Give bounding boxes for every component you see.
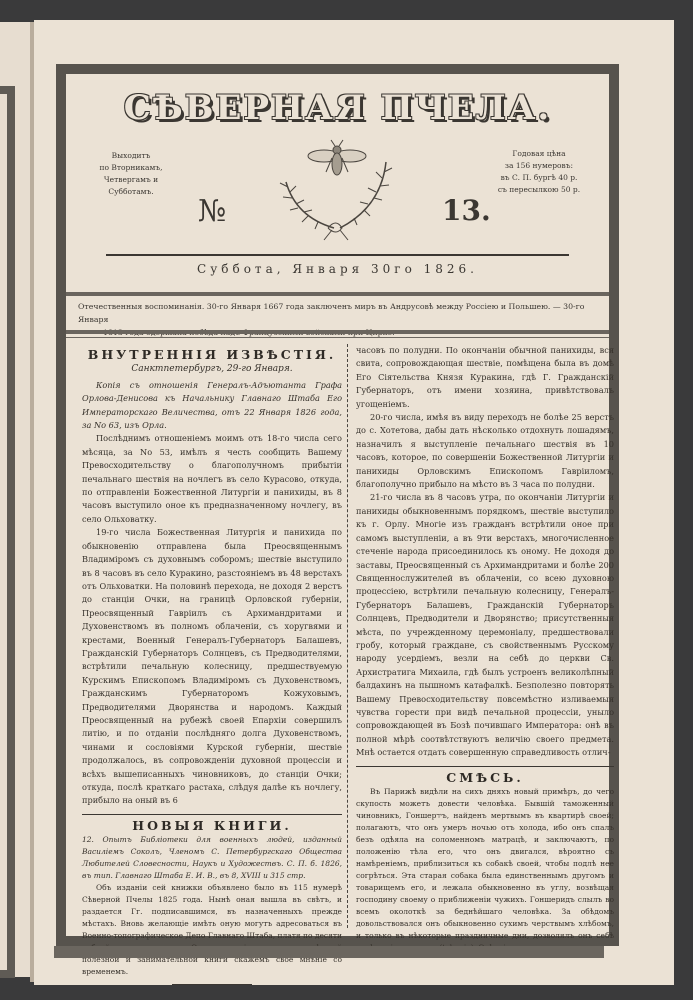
section-title-internal-news: ВНУТРЕННІЯ ИЗВѢСТІЯ. <box>82 348 342 361</box>
schedule-line: Выходитъ <box>86 150 176 162</box>
divider <box>82 814 342 815</box>
masthead-title: СѢВЕРНАЯ ПЧЕЛА. <box>76 88 599 128</box>
article-paragraph: 21-го числа въ 8 часовъ утра, по окончан… <box>356 491 614 759</box>
book-entry: 12. Опытъ Библіотеки для военныхъ людей,… <box>82 834 342 882</box>
price-line: съ пересылкою 50 р. <box>489 184 589 196</box>
dateline: Санктпетербургъ, 29-го Января. <box>82 363 342 376</box>
previous-page-edge <box>0 22 32 977</box>
price-line: за 156 нумеровъ: <box>489 160 589 172</box>
divider <box>66 292 609 296</box>
schedule-line: Четвергамъ и <box>86 174 176 186</box>
bee-wreath-icon <box>266 132 406 242</box>
page-frame: СѢВЕРНАЯ ПЧЕЛА. Выходитъ по Вторникамъ, … <box>56 64 619 946</box>
masthead-rule <box>106 254 569 256</box>
article-paragraph: 19-го числа Божественная Литургія и пани… <box>82 526 342 808</box>
previous-page-frame <box>0 86 15 978</box>
column-divider <box>347 344 348 928</box>
divider <box>356 766 614 767</box>
end-rule <box>172 984 252 985</box>
frame-bottom-band <box>54 946 604 958</box>
article-paragraph: часовъ по полудни. По окончаніи обычной … <box>356 344 614 411</box>
subscription-price: Годовая цѣна за 156 нумеровъ: въ С. П. б… <box>489 148 589 196</box>
price-line: Годовая цѣна <box>489 148 589 160</box>
article-paragraph: Послѣднимъ отношеніемъ моимъ отъ 18-го ч… <box>82 432 342 526</box>
price-line: въ С. П. бургѣ 40 р. <box>489 172 589 184</box>
book-paragraph: Объ изданіи сей книжки объявлено было въ… <box>82 882 342 978</box>
article-paragraph: 20-го числа, имѣя въ виду переходъ не бо… <box>356 411 614 491</box>
divider <box>66 337 609 338</box>
report-intro: Копія съ отношенія Генералъ-Адъютанта Гр… <box>82 379 342 433</box>
issue-number: 13. <box>442 194 491 227</box>
section-title-miscellany: СМѢСЬ. <box>356 771 614 784</box>
right-column: часовъ по полудни. По окончаніи обычной … <box>356 344 614 954</box>
anniversary-line: Отечественныя воспоминанія. 30-го Января… <box>78 302 584 324</box>
divider <box>66 330 609 334</box>
page-content: СѢВЕРНАЯ ПЧЕЛА. Выходитъ по Вторникамъ, … <box>76 82 599 928</box>
misc-paragraph: Въ Парижѣ видѣли на сихъ дняхъ новый при… <box>356 786 614 954</box>
section-title-new-books: НОВЫЯ КНИГИ. <box>82 819 342 832</box>
number-sign: № <box>198 194 226 229</box>
left-column: ВНУТРЕННІЯ ИЗВѢСТІЯ. Санктпетербургъ, 29… <box>82 344 342 985</box>
schedule-line: Субботамъ. <box>86 186 176 198</box>
publication-schedule: Выходитъ по Вторникамъ, Четвергамъ и Суб… <box>86 150 176 198</box>
issue-date: Суббота, Января 30го 1826. <box>76 262 599 276</box>
schedule-line: по Вторникамъ, <box>86 162 176 174</box>
